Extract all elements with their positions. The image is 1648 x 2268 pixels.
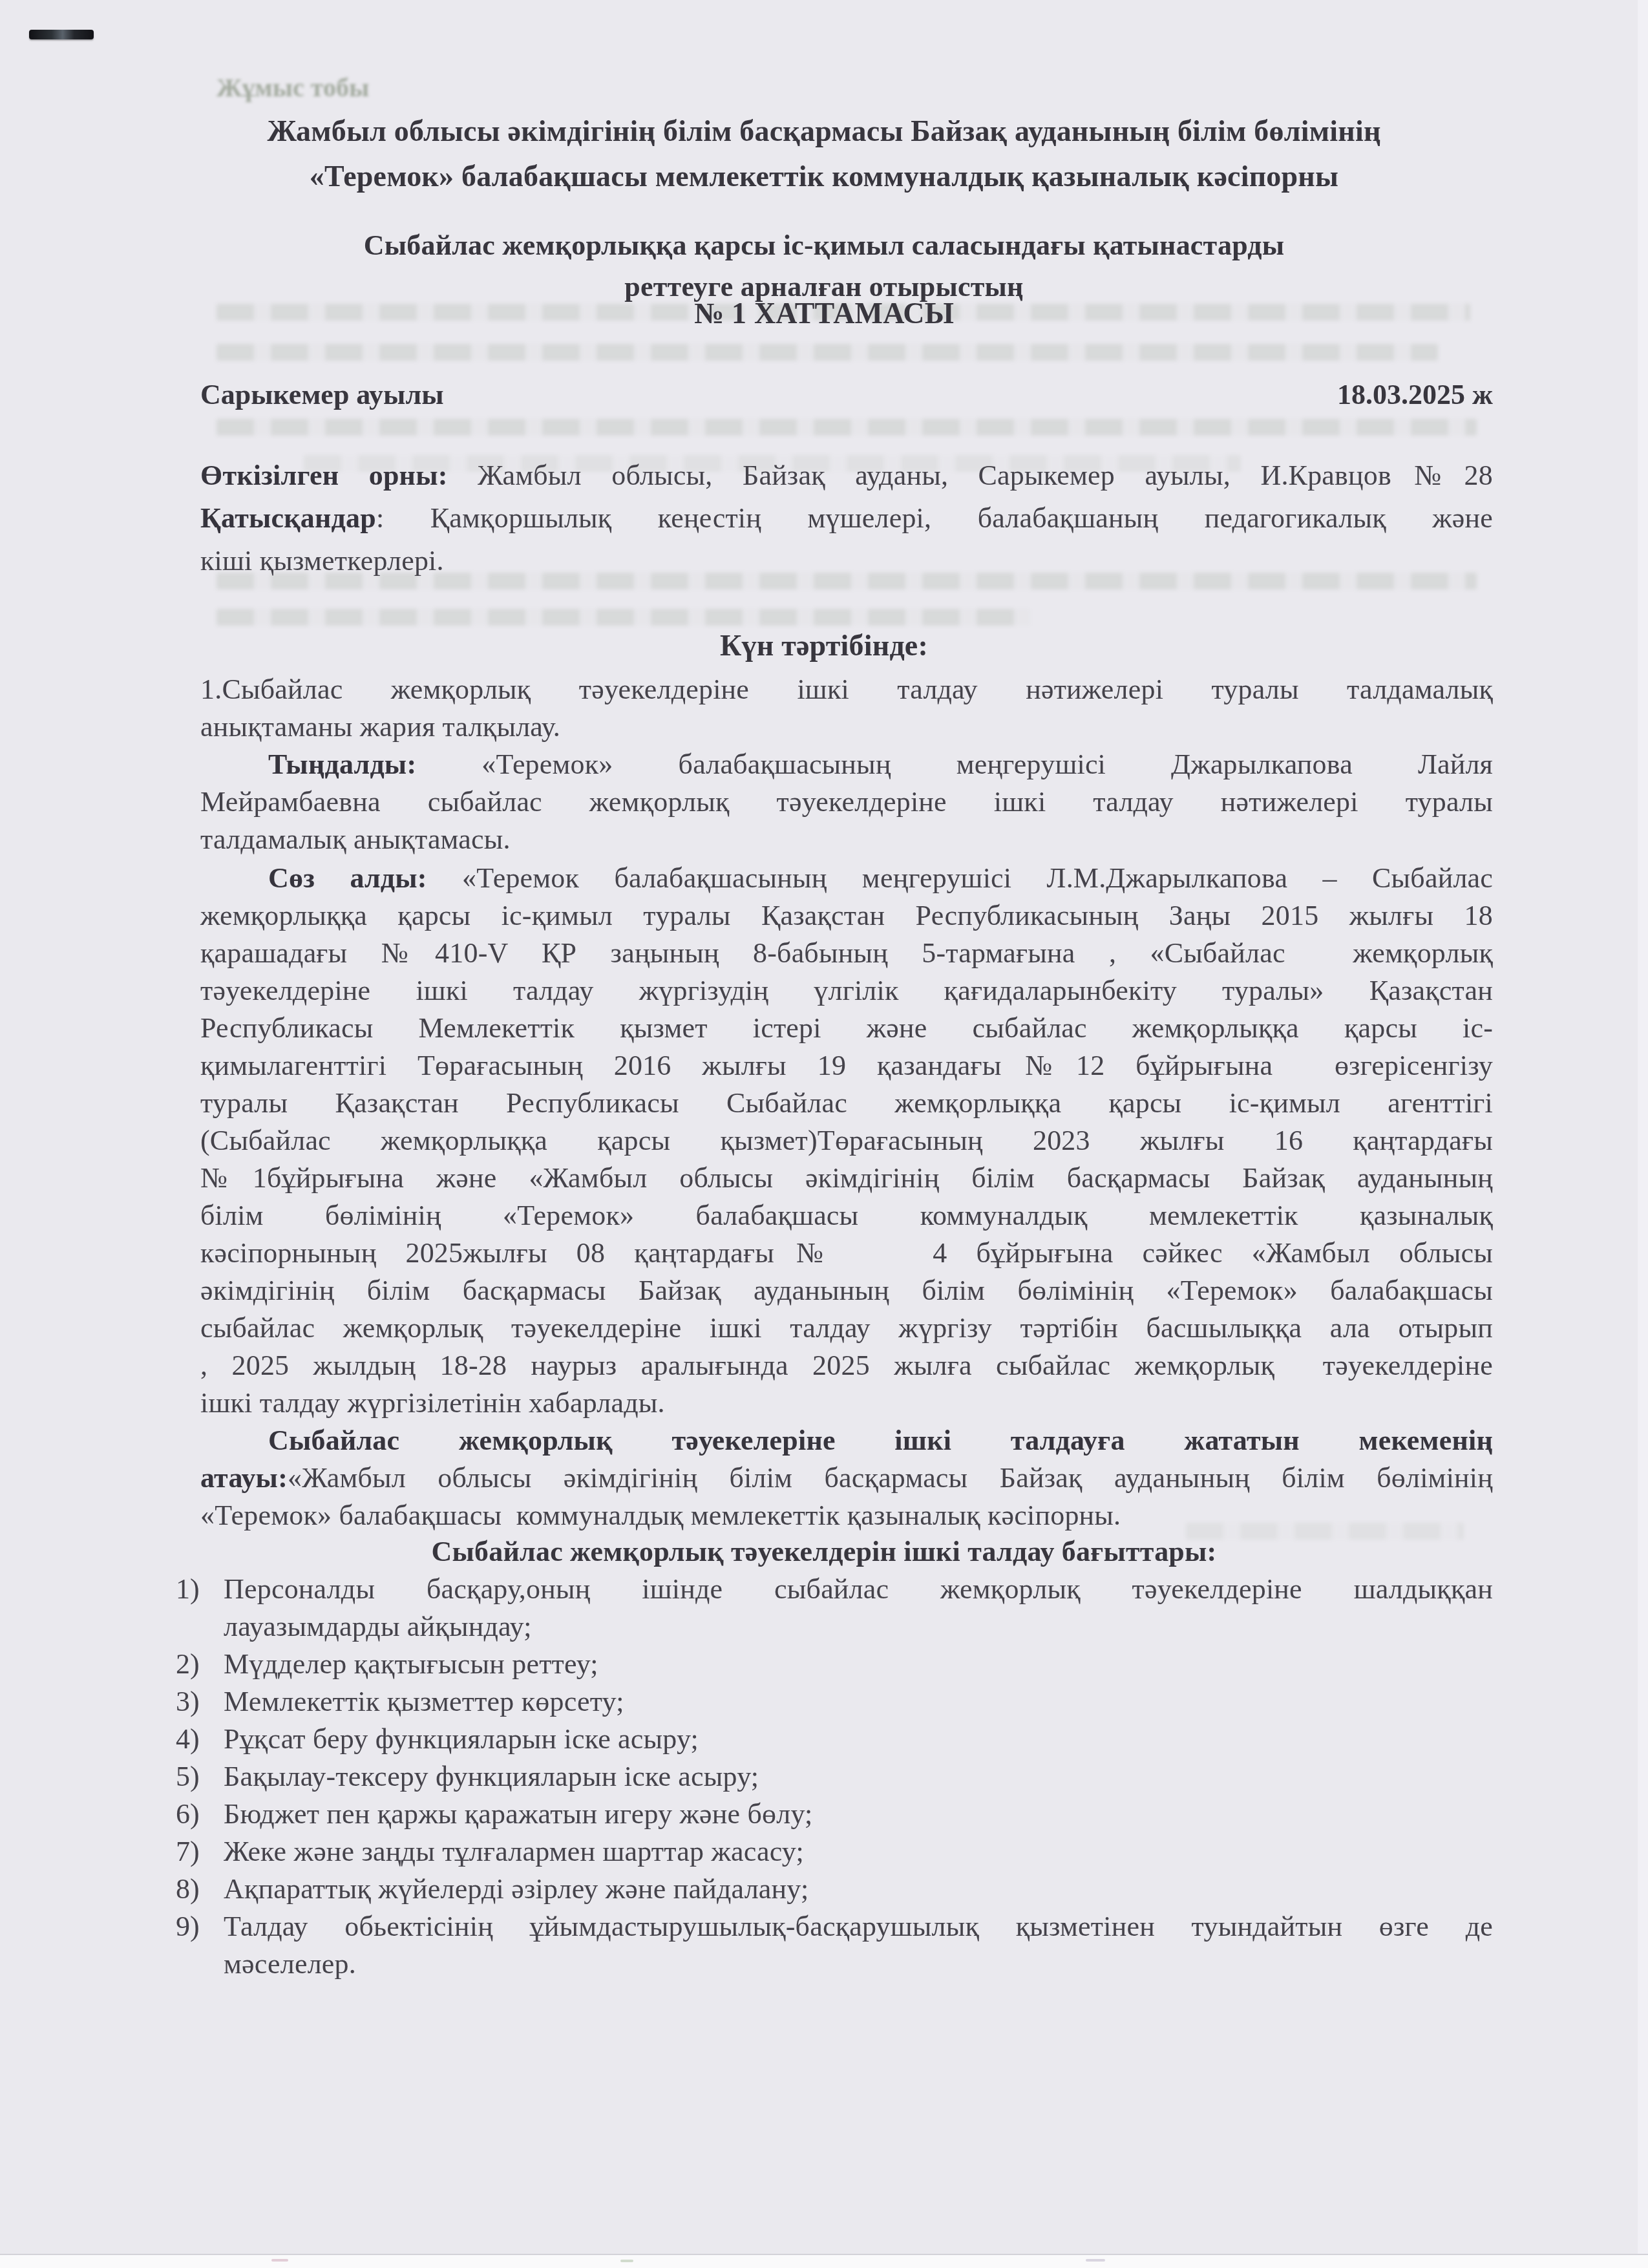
directions-heading: Сыбайлас жемқорлық тәуекелдерін ішкі тал… [162,1533,1486,1571]
text-line: № 1 ХАТТАМАСЫ [162,295,1486,332]
heard-paragraph: Тыңдалды: «Теремок» балабақшасының меңге… [200,746,1493,858]
list-item-number: 8) [176,1871,224,1908]
list-item: 4)Рұқсат беру функцияларын іске асыру; [176,1721,1493,1758]
text-line: Қатысқандар: Қамқоршылық кеңестің мүшеле… [200,497,1493,540]
text-line: Тыңдалды: «Теремок» балабақшасының меңге… [200,746,1493,783]
text-line: қимылагенттігі Төрағасының 2016 жылғы 19… [200,1047,1493,1085]
place-name: Сарыкемер ауылы [200,376,444,414]
bleed-through-line [217,609,1031,626]
text-line: мәселелер. [224,1945,1493,1983]
text-line: Республикасы Мемлекеттік қызмет істері ж… [200,1010,1493,1047]
text-line: қарашадағы №410-V ҚР заңының 8-бабының 5… [200,935,1493,972]
text-line: «Теремок» балабақшасы мемлекеттік коммун… [162,154,1486,199]
text-line: тәуекелдеріне ішкі талдау жүргізудің үлг… [200,972,1493,1010]
bleed-through-line [217,344,1438,361]
text-line: №1бұйрығына және «Жамбыл облысы әкімдігі… [200,1160,1493,1197]
text-line: Күн тәртібінде: [162,627,1486,664]
list-item-text: Талдау обьектісінің ұйымдастырушылық-бас… [224,1908,1493,1983]
staple-scan-mark [29,30,94,39]
institution-paragraph: Сыбайлас жемқорлық тәуекелеріне ішкі тал… [200,1422,1493,1534]
scanned-document-page: Жұмыс тобы Жамбыл облысы әкімдігінің біл… [0,0,1648,2268]
text-line: білім бөлімінің «Теремок» балабақшасы ко… [200,1197,1493,1235]
agenda-item: 1.Сыбайлас жемқорлық тәуекелдеріне ішкі … [200,671,1493,746]
list-item: 1)Персоналды басқару,оның ішінде сыбайла… [176,1571,1493,1646]
list-item-number: 7) [176,1833,224,1871]
list-item: 8)Ақпараттық жүйелерді әзірлеу және пайд… [176,1871,1493,1908]
text-line: Сыбайлас жемқорлыққа қарсы іс-қимыл сала… [162,225,1486,266]
text-line: кәсіпорнының 2025жылғы 08 қаңтардағы№ 4 … [200,1235,1493,1272]
list-item: 9)Талдау обьектісінің ұйымдастырушылық-б… [176,1908,1493,1983]
bleed-through-caption: Жұмыс тобы [217,72,369,103]
agenda-heading: Күн тәртібінде: [162,627,1486,664]
scan-edge-bottom [0,2254,1648,2268]
text-line: талдамалық анықтамасы. [200,821,1493,858]
doc-date: 18.03.2025 ж [1337,376,1493,414]
list-item: 7)Жеке және заңды тұлғалармен шарттар жа… [176,1833,1493,1871]
list-item-text: Мемлекеттік қызметтер көрсету; [224,1683,1493,1721]
list-item-number: 1) [176,1571,224,1608]
list-item-text: Ақпараттық жүйелерді әзірлеу және пайдал… [224,1871,1493,1908]
text-line: «Теремок» балабақшасы коммуналдық мемлек… [200,1497,1493,1534]
list-item: 6)Бюджет пен қаржы қаражатын игеру және … [176,1796,1493,1833]
text-line: , 2025 жылдың 18-28 наурыз аралығында 20… [200,1347,1493,1384]
text-line: (Сыбайлас жемқорлыққа қарсы қызмет)Төрағ… [200,1122,1493,1160]
scan-speck [620,2260,633,2262]
text-line: Жеке және заңды тұлғалармен шарттар жаса… [224,1833,1493,1871]
text-line: Мүдделер қақтығысын реттеу; [224,1646,1493,1683]
text-line: Бақылау-тексеру функцияларын іске асыру; [224,1758,1493,1796]
text-line: Персоналды басқару,оның ішінде сыбайлас … [224,1571,1493,1608]
list-item-number: 4) [176,1721,224,1758]
org-title: Жамбыл облысы әкімдігінің білім басқарма… [162,109,1486,199]
text-line: Ақпараттық жүйелерді әзірлеу және пайдал… [224,1871,1493,1908]
list-item-text: Рұқсат беру функцияларын іске асыру; [224,1721,1493,1758]
text-line: кіші қызметкерлері. [200,540,1493,582]
text-line: Сыбайлас жемқорлық тәуекелеріне ішкі тал… [200,1422,1493,1459]
list-item-number: 6) [176,1796,224,1833]
list-item-text: Жеке және заңды тұлғалармен шарттар жаса… [224,1833,1493,1871]
text-line: Мемлекеттік қызметтер көрсету; [224,1683,1493,1721]
text-line: анықтаманы жария талқылау. [200,708,1493,746]
text-line: Сөз алды: «Теремок балабақшасының меңгер… [200,860,1493,897]
list-item: 3)Мемлекеттік қызметтер көрсету; [176,1683,1493,1721]
place-date-row: Сарыкемер ауылы 18.03.2025 ж [200,376,1493,414]
text-line: әкімдігінің білім басқармасы Байзақ ауда… [200,1272,1493,1309]
list-item-number: 2) [176,1646,224,1683]
list-item-text: Бақылау-тексеру функцияларын іске асыру; [224,1758,1493,1796]
scan-edge-right [1638,0,1648,2268]
text-line: Мейрамбаевна сыбайлас жемқорлық тәуекелд… [200,783,1493,821]
text-line: 1.Сыбайлас жемқорлық тәуекелдеріне ішкі … [200,671,1493,708]
text-line: сыбайлас жемқорлық тәуекелдеріне ішкі та… [200,1309,1493,1347]
text-line: атауы:«Жамбыл облысы әкімдігінің білім б… [200,1459,1493,1497]
text-line: жемқорлыққа қарсы іс-қимыл туралы Қазақс… [200,897,1493,935]
text-line: Жамбыл облысы әкімдігінің білім басқарма… [162,109,1486,154]
list-item: 2)Мүдделер қақтығысын реттеу; [176,1646,1493,1683]
text-line: Талдау обьектісінің ұйымдастырушылық-бас… [224,1908,1493,1945]
venue-participants: Өткізілген орны: Жамбыл облысы, Байзақ а… [200,454,1493,582]
text-line: Сыбайлас жемқорлық тәуекелдерін ішкі тал… [162,1533,1486,1571]
text-line: туралы Қазақстан Республикасы Сыбайлас ж… [200,1085,1493,1122]
list-item-text: Персоналды басқару,оның ішінде сыбайлас … [224,1571,1493,1646]
list-item-number: 9) [176,1908,224,1945]
scan-speck [271,2259,288,2262]
text-line: лауазымдарды айқындау; [224,1608,1493,1646]
bleed-through-line [217,419,1477,436]
protocol-number: № 1 ХАТТАМАСЫ [162,295,1486,332]
text-line: ішкі талдау жүргізілетінін хабарлады. [200,1384,1493,1422]
directions-list: 1)Персоналды басқару,оның ішінде сыбайла… [176,1571,1493,1983]
list-item-text: Мүдделер қақтығысын реттеу; [224,1646,1493,1683]
text-line: Бюджет пен қаржы қаражатын игеру және бө… [224,1796,1493,1833]
list-item: 5)Бақылау-тексеру функцияларын іске асыр… [176,1758,1493,1796]
speech-paragraph: Сөз алды: «Теремок балабақшасының меңгер… [200,860,1493,1422]
list-item-number: 3) [176,1683,224,1721]
list-item-text: Бюджет пен қаржы қаражатын игеру және бө… [224,1796,1493,1833]
list-item-number: 5) [176,1758,224,1796]
text-line: Өткізілген орны: Жамбыл облысы, Байзақ а… [200,454,1493,497]
text-line: Рұқсат беру функцияларын іске асыру; [224,1721,1493,1758]
scan-speck [1086,2259,1105,2262]
